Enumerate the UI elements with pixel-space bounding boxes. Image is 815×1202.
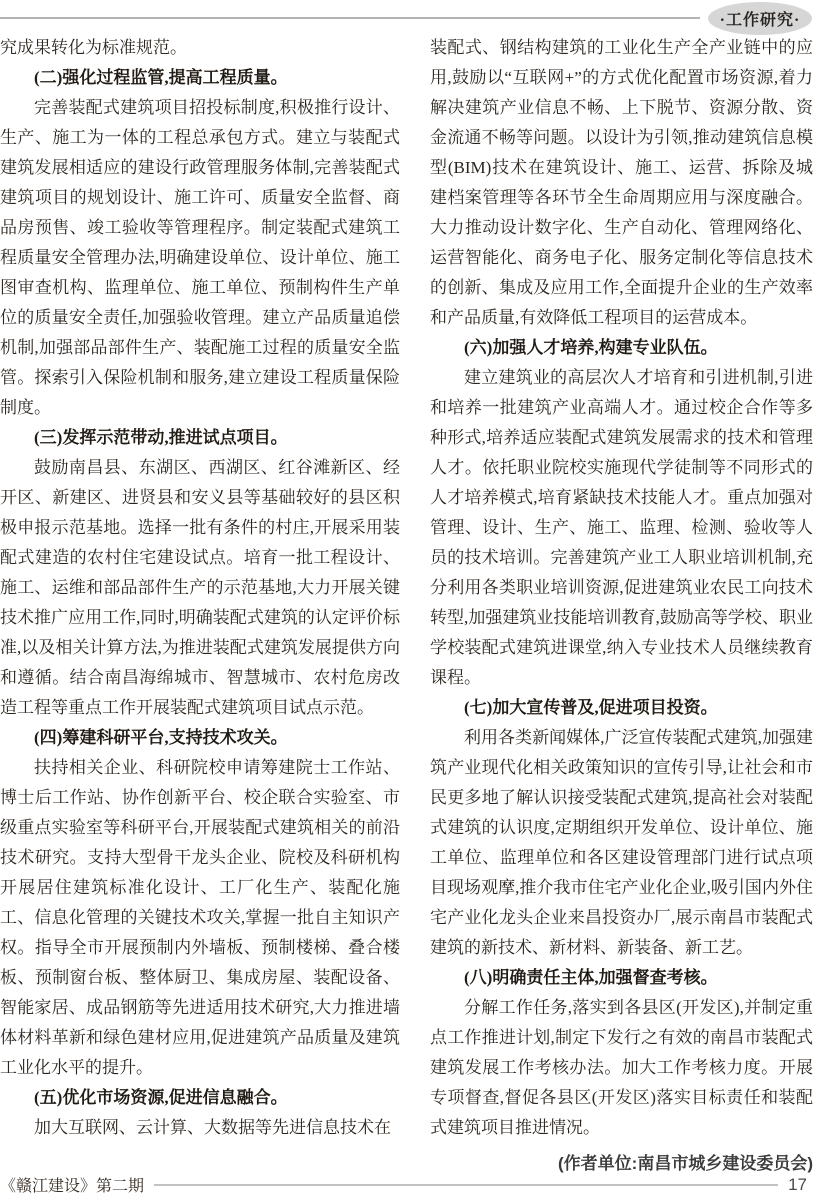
right-text-column: 装配式、钢结构建筑的工业化生产全产业链中的应用,鼓励以“互联网+”的方式优化配置… xyxy=(430,33,813,1179)
column-badge: ·工作研究· xyxy=(708,2,812,35)
paragraph: 建立建筑业的高层次人才培育和引进机制,引进和培养一批建筑产业高端人才。通过校企合… xyxy=(430,363,813,693)
left-text-column: 究成果转化为标准规范。(二)强化过程监管,提高工程质量。完善装配式建筑项目招投标… xyxy=(0,33,400,1143)
section-heading: (七)加大宣传普及,促进项目投资。 xyxy=(430,693,813,723)
journal-title: 《赣江建设》第二期 xyxy=(0,1173,144,1196)
section-heading: (八)明确责任主体,加强督查考核。 xyxy=(430,963,813,993)
paragraph: 利用各类新闻媒体,广泛宣传装配式建筑,加强建筑产业现代化相关政策知识的宣传引导,… xyxy=(430,723,813,963)
page-footer: 《赣江建设》第二期 17 xyxy=(0,1173,807,1196)
paragraph: 加大互联网、云计算、大数据等先进信息技术在 xyxy=(0,1113,400,1143)
section-heading: (四)筹建科研平台,支持技术攻关。 xyxy=(0,723,400,753)
section-heading: (五)优化市场资源,促进信息融合。 xyxy=(0,1083,400,1113)
paragraph: 分解工作任务,落实到各县区(开发区),并制定重点工作推进计划,制定下发行之有效的… xyxy=(430,993,813,1143)
journal-page: ·工作研究· 究成果转化为标准规范。(二)强化过程监管,提高工程质量。完善装配式… xyxy=(0,0,815,1202)
paragraph: 装配式、钢结构建筑的工业化生产全产业链中的应用,鼓励以“互联网+”的方式优化配置… xyxy=(430,33,813,333)
page-number: 17 xyxy=(788,1175,807,1195)
paragraph: 扶持相关企业、科研院校申请筹建院士工作站、博士后工作站、协作创新平台、校企联合实… xyxy=(0,753,400,1083)
footer-rule xyxy=(154,1184,778,1186)
column-badge-label: ·工作研究· xyxy=(720,7,801,30)
header-rule xyxy=(0,17,700,19)
section-heading: (三)发挥示范带动,推进试点项目。 xyxy=(0,423,400,453)
paragraph: 鼓励南昌县、东湖区、西湖区、红谷滩新区、经开区、新建区、进贤县和安义县等基础较好… xyxy=(0,453,400,723)
section-heading: (六)加强人才培养,构建专业队伍。 xyxy=(430,333,813,363)
paragraph: 究成果转化为标准规范。 xyxy=(0,33,400,63)
paragraph: 完善装配式建筑项目招投标制度,积极推行设计、生产、施工为一体的工程总承包方式。建… xyxy=(0,93,400,423)
section-heading: (二)强化过程监管,提高工程质量。 xyxy=(0,63,400,93)
